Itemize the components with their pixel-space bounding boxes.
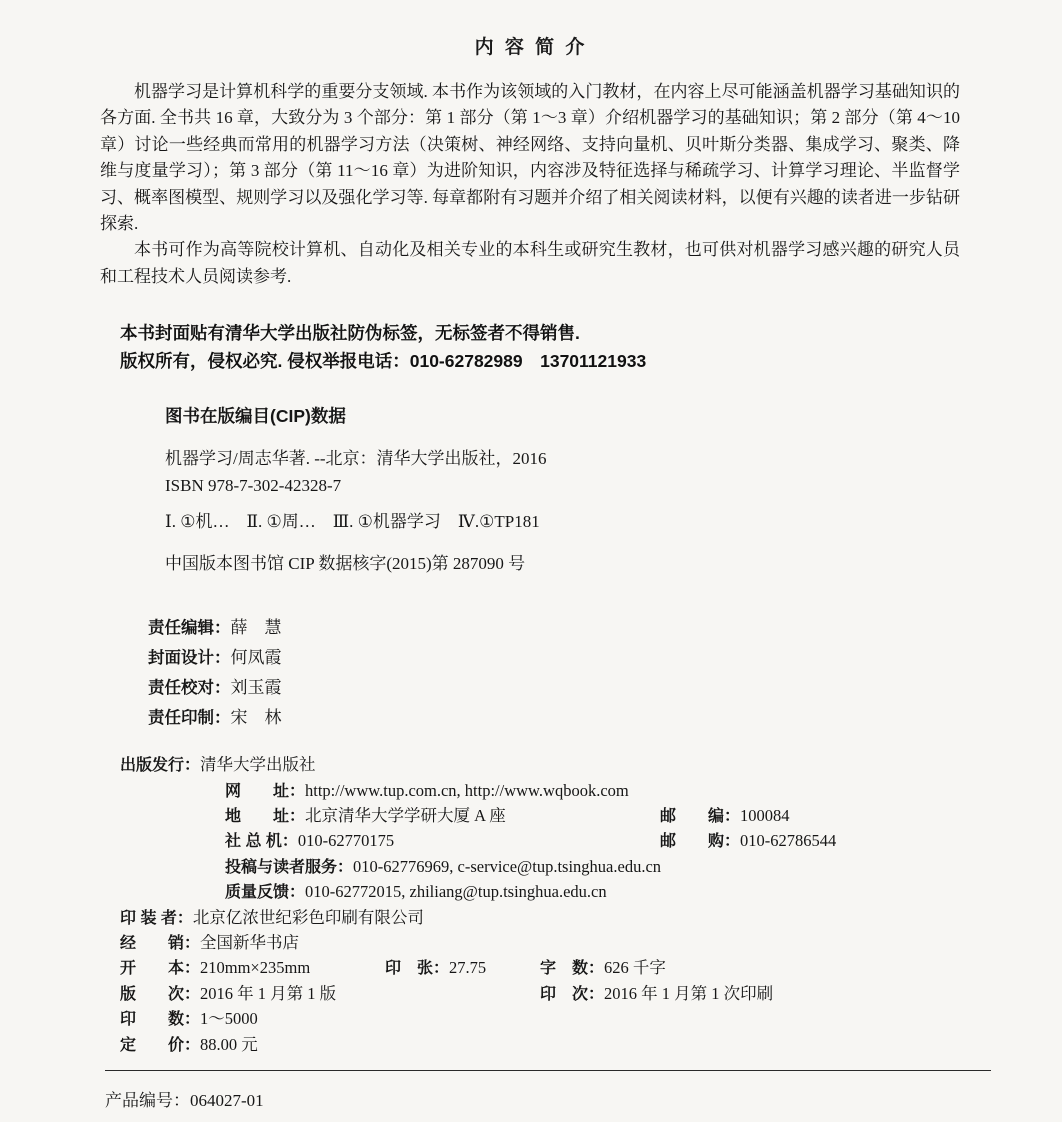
impression-value: 2016 年 1 月第 1 次印刷 <box>604 984 773 1003</box>
mailorder-pair: 邮 购：010-62786544 <box>660 828 836 854</box>
staff-row-print-supervisor: 责任印制：宋 林 <box>148 703 1062 733</box>
cip-isbn: ISBN 978-7-302-42328-7 <box>165 472 1062 499</box>
footer-divider <box>105 1070 991 1071</box>
staff-label: 责任校对： <box>148 679 231 697</box>
publisher-row: 出版发行：清华大学出版社 <box>120 752 1062 777</box>
price-value: 88.00 元 <box>200 1035 258 1054</box>
zip-label: 邮 编： <box>660 808 740 825</box>
intro-paragraph-1: 机器学习是计算机科学的重要分支领域. 本书作为该领域的入门教材，在内容上尽可能涵… <box>100 79 960 237</box>
staff-value: 薛 慧 <box>231 618 282 637</box>
staff-value: 宋 林 <box>231 708 282 727</box>
print-run-value: 1～5000 <box>200 1009 258 1028</box>
publisher-label: 出版发行： <box>120 757 200 774</box>
cip-registry-number: 中国版本图书馆 CIP 数据核字(2015)第 287090 号 <box>165 550 1062 577</box>
print-run-label: 印 数： <box>120 1011 200 1028</box>
sheets-label: 印 张： <box>385 960 449 977</box>
distributor-value: 全国新华书店 <box>200 933 299 952</box>
page-title: 内 容 简 介 <box>0 0 1062 59</box>
switchboard-row: 社 总 机：010-62770175 邮 购：010-62786544 <box>120 828 1062 853</box>
cip-data-block: 图书在版编目(CIP)数据 机器学习/周志华著. --北京：清华大学出版社，20… <box>165 403 1062 577</box>
distributor-row: 经 销：全国新华书店 <box>120 930 1062 955</box>
sheets-value: 27.75 <box>449 958 486 977</box>
switchboard-label: 社 总 机： <box>225 833 298 850</box>
intro-paragraph-2: 本书可作为高等院校计算机、自动化及相关专业的本科生或研究生教材，也可供对机器学习… <box>100 237 960 290</box>
product-number: 产品编号：064027-01 <box>105 1086 1062 1111</box>
book-copyright-page: 内 容 简 介 机器学习是计算机科学的重要分支领域. 本书作为该领域的入门教材，… <box>0 0 1062 1122</box>
product-number-label: 产品编号： <box>105 1091 190 1110</box>
sheets-pair: 印 张：27.75 <box>385 955 486 981</box>
distributor-label: 经 销： <box>120 935 200 952</box>
mailorder-label: 邮 购： <box>660 833 740 850</box>
printer-value: 北京亿浓世纪彩色印刷有限公司 <box>193 908 424 927</box>
format-row: 开 本：210mm×235mm 印 张：27.75 字 数：626 千字 <box>120 955 1062 980</box>
reader-service-label: 投稿与读者服务： <box>225 859 353 876</box>
printer-row: 印 装 者：北京亿浓世纪彩色印刷有限公司 <box>120 905 1062 930</box>
word-count-value: 626 千字 <box>604 958 666 977</box>
staff-credits: 责任编辑：薛 慧 封面设计：何凤霞 责任校对：刘玉霞 责任印制：宋 林 <box>148 613 1062 733</box>
switchboard-value: 010-62770175 <box>298 831 394 850</box>
impression-label: 印 次： <box>540 986 604 1003</box>
price-label: 定 价： <box>120 1037 200 1054</box>
staff-value: 何凤霞 <box>231 648 282 667</box>
impression-pair: 印 次：2016 年 1 月第 1 次印刷 <box>540 981 773 1007</box>
staff-value: 刘玉霞 <box>231 678 282 697</box>
cip-classification: Ⅰ. ①机… Ⅱ. ①周… Ⅲ. ①机器学习 Ⅳ.①TP181 <box>165 508 1062 535</box>
address-value: 北京清华大学学研大厦 A 座 <box>305 806 506 825</box>
staff-row-proofreader: 责任校对：刘玉霞 <box>148 673 1062 703</box>
reader-service-row: 投稿与读者服务：010-62776969, c-service@tup.tsin… <box>120 854 1062 879</box>
staff-label: 责任编辑： <box>148 619 231 637</box>
quality-feedback-label: 质量反馈： <box>225 884 305 901</box>
zip-pair: 邮 编：100084 <box>660 803 790 829</box>
quality-feedback-row: 质量反馈：010-62772015, zhiliang@tup.tsinghua… <box>120 879 1062 904</box>
staff-label: 责任印制： <box>148 709 231 727</box>
format-value: 210mm×235mm <box>200 958 310 977</box>
publishing-info: 出版发行：清华大学出版社 网 址：http://www.tup.com.cn, … <box>120 752 1062 1057</box>
quality-feedback-value: 010-62772015, zhiliang@tup.tsinghua.edu.… <box>305 882 607 901</box>
price-row: 定 价：88.00 元 <box>120 1032 1062 1057</box>
format-label: 开 本： <box>120 960 200 977</box>
print-run-row: 印 数：1～5000 <box>120 1006 1062 1031</box>
printer-label: 印 装 者： <box>120 910 193 927</box>
cip-heading: 图书在版编目(CIP)数据 <box>165 403 1062 428</box>
notice-line-2: 版权所有，侵权必究. 侵权举报电话：010-62782989 137011219… <box>120 348 1062 376</box>
website-label: 网 址： <box>225 783 305 800</box>
website-value: http://www.tup.com.cn, http://www.wqbook… <box>305 781 629 800</box>
staff-row-cover-design: 封面设计：何凤霞 <box>148 643 1062 673</box>
zip-value: 100084 <box>740 806 790 825</box>
staff-label: 封面设计： <box>148 649 231 667</box>
staff-row-editor: 责任编辑：薛 慧 <box>148 613 1062 643</box>
notice-line-1: 本书封面贴有清华大学出版社防伪标签，无标签者不得销售. <box>120 320 1062 348</box>
word-count-label: 字 数： <box>540 960 604 977</box>
anti-piracy-notice: 本书封面贴有清华大学出版社防伪标签，无标签者不得销售. 版权所有，侵权必究. 侵… <box>120 320 1062 375</box>
address-row: 地 址：北京清华大学学研大厦 A 座 邮 编：100084 <box>120 803 1062 828</box>
edition-row: 版 次：2016 年 1 月第 1 版 印 次：2016 年 1 月第 1 次印… <box>120 981 1062 1006</box>
reader-service-value: 010-62776969, c-service@tup.tsinghua.edu… <box>353 857 661 876</box>
cip-title-line: 机器学习/周志华著. --北京：清华大学出版社，2016 <box>165 445 1062 472</box>
edition-label: 版 次： <box>120 986 200 1003</box>
product-number-value: 064027-01 <box>190 1091 264 1110</box>
edition-value: 2016 年 1 月第 1 版 <box>200 984 336 1003</box>
website-row: 网 址：http://www.tup.com.cn, http://www.wq… <box>120 778 1062 803</box>
publisher-value: 清华大学出版社 <box>200 755 316 774</box>
address-label: 地 址： <box>225 808 305 825</box>
mailorder-value: 010-62786544 <box>740 831 836 850</box>
word-count-pair: 字 数：626 千字 <box>540 955 666 981</box>
